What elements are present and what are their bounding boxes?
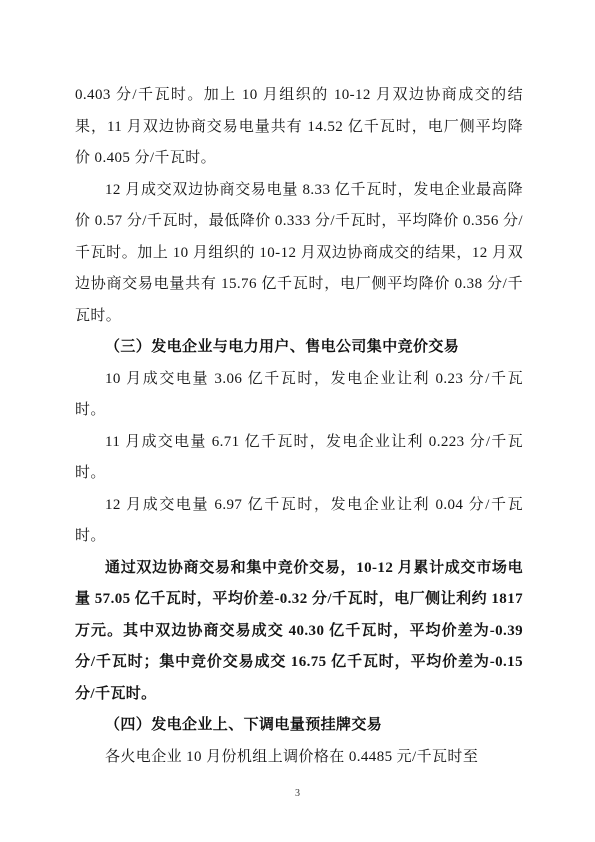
paragraph-december-volume: 12 月成交电量 6.97 亿千瓦时，发电企业让利 0.04 分/千瓦时。 xyxy=(75,490,523,553)
paragraph-thermal-price: 各火电企业 10 月份机组上调价格在 0.4485 元/千瓦时至 xyxy=(75,742,523,774)
paragraph-november-volume: 11 月成交电量 6.71 亿千瓦时，发电企业让利 0.223 分/千瓦时。 xyxy=(75,427,523,490)
paragraph-october-volume: 10 月成交电量 3.06 亿千瓦时，发电企业让利 0.23 分/千瓦时。 xyxy=(75,364,523,427)
paragraph-december-bilateral: 12 月成交双边协商交易电量 8.33 亿千瓦时，发电企业最高降价 0.57 分… xyxy=(75,175,523,333)
document-body: 0.403 分/千瓦时。加上 10 月组织的 10-12 月双边协商成交的结果，… xyxy=(75,80,523,773)
document-page: 0.403 分/千瓦时。加上 10 月组织的 10-12 月双边协商成交的结果，… xyxy=(0,0,595,842)
section-heading-3: （三）发电企业与电力用户、售电公司集中竞价交易 xyxy=(75,332,523,364)
paragraph-continuation: 0.403 分/千瓦时。加上 10 月组织的 10-12 月双边协商成交的结果，… xyxy=(75,80,523,175)
paragraph-summary-bold: 通过双边协商交易和集中竞价交易，10-12 月累计成交市场电量 57.05 亿千… xyxy=(75,553,523,711)
section-heading-4: （四）发电企业上、下调电量预挂牌交易 xyxy=(75,710,523,742)
page-number: 3 xyxy=(0,788,595,799)
